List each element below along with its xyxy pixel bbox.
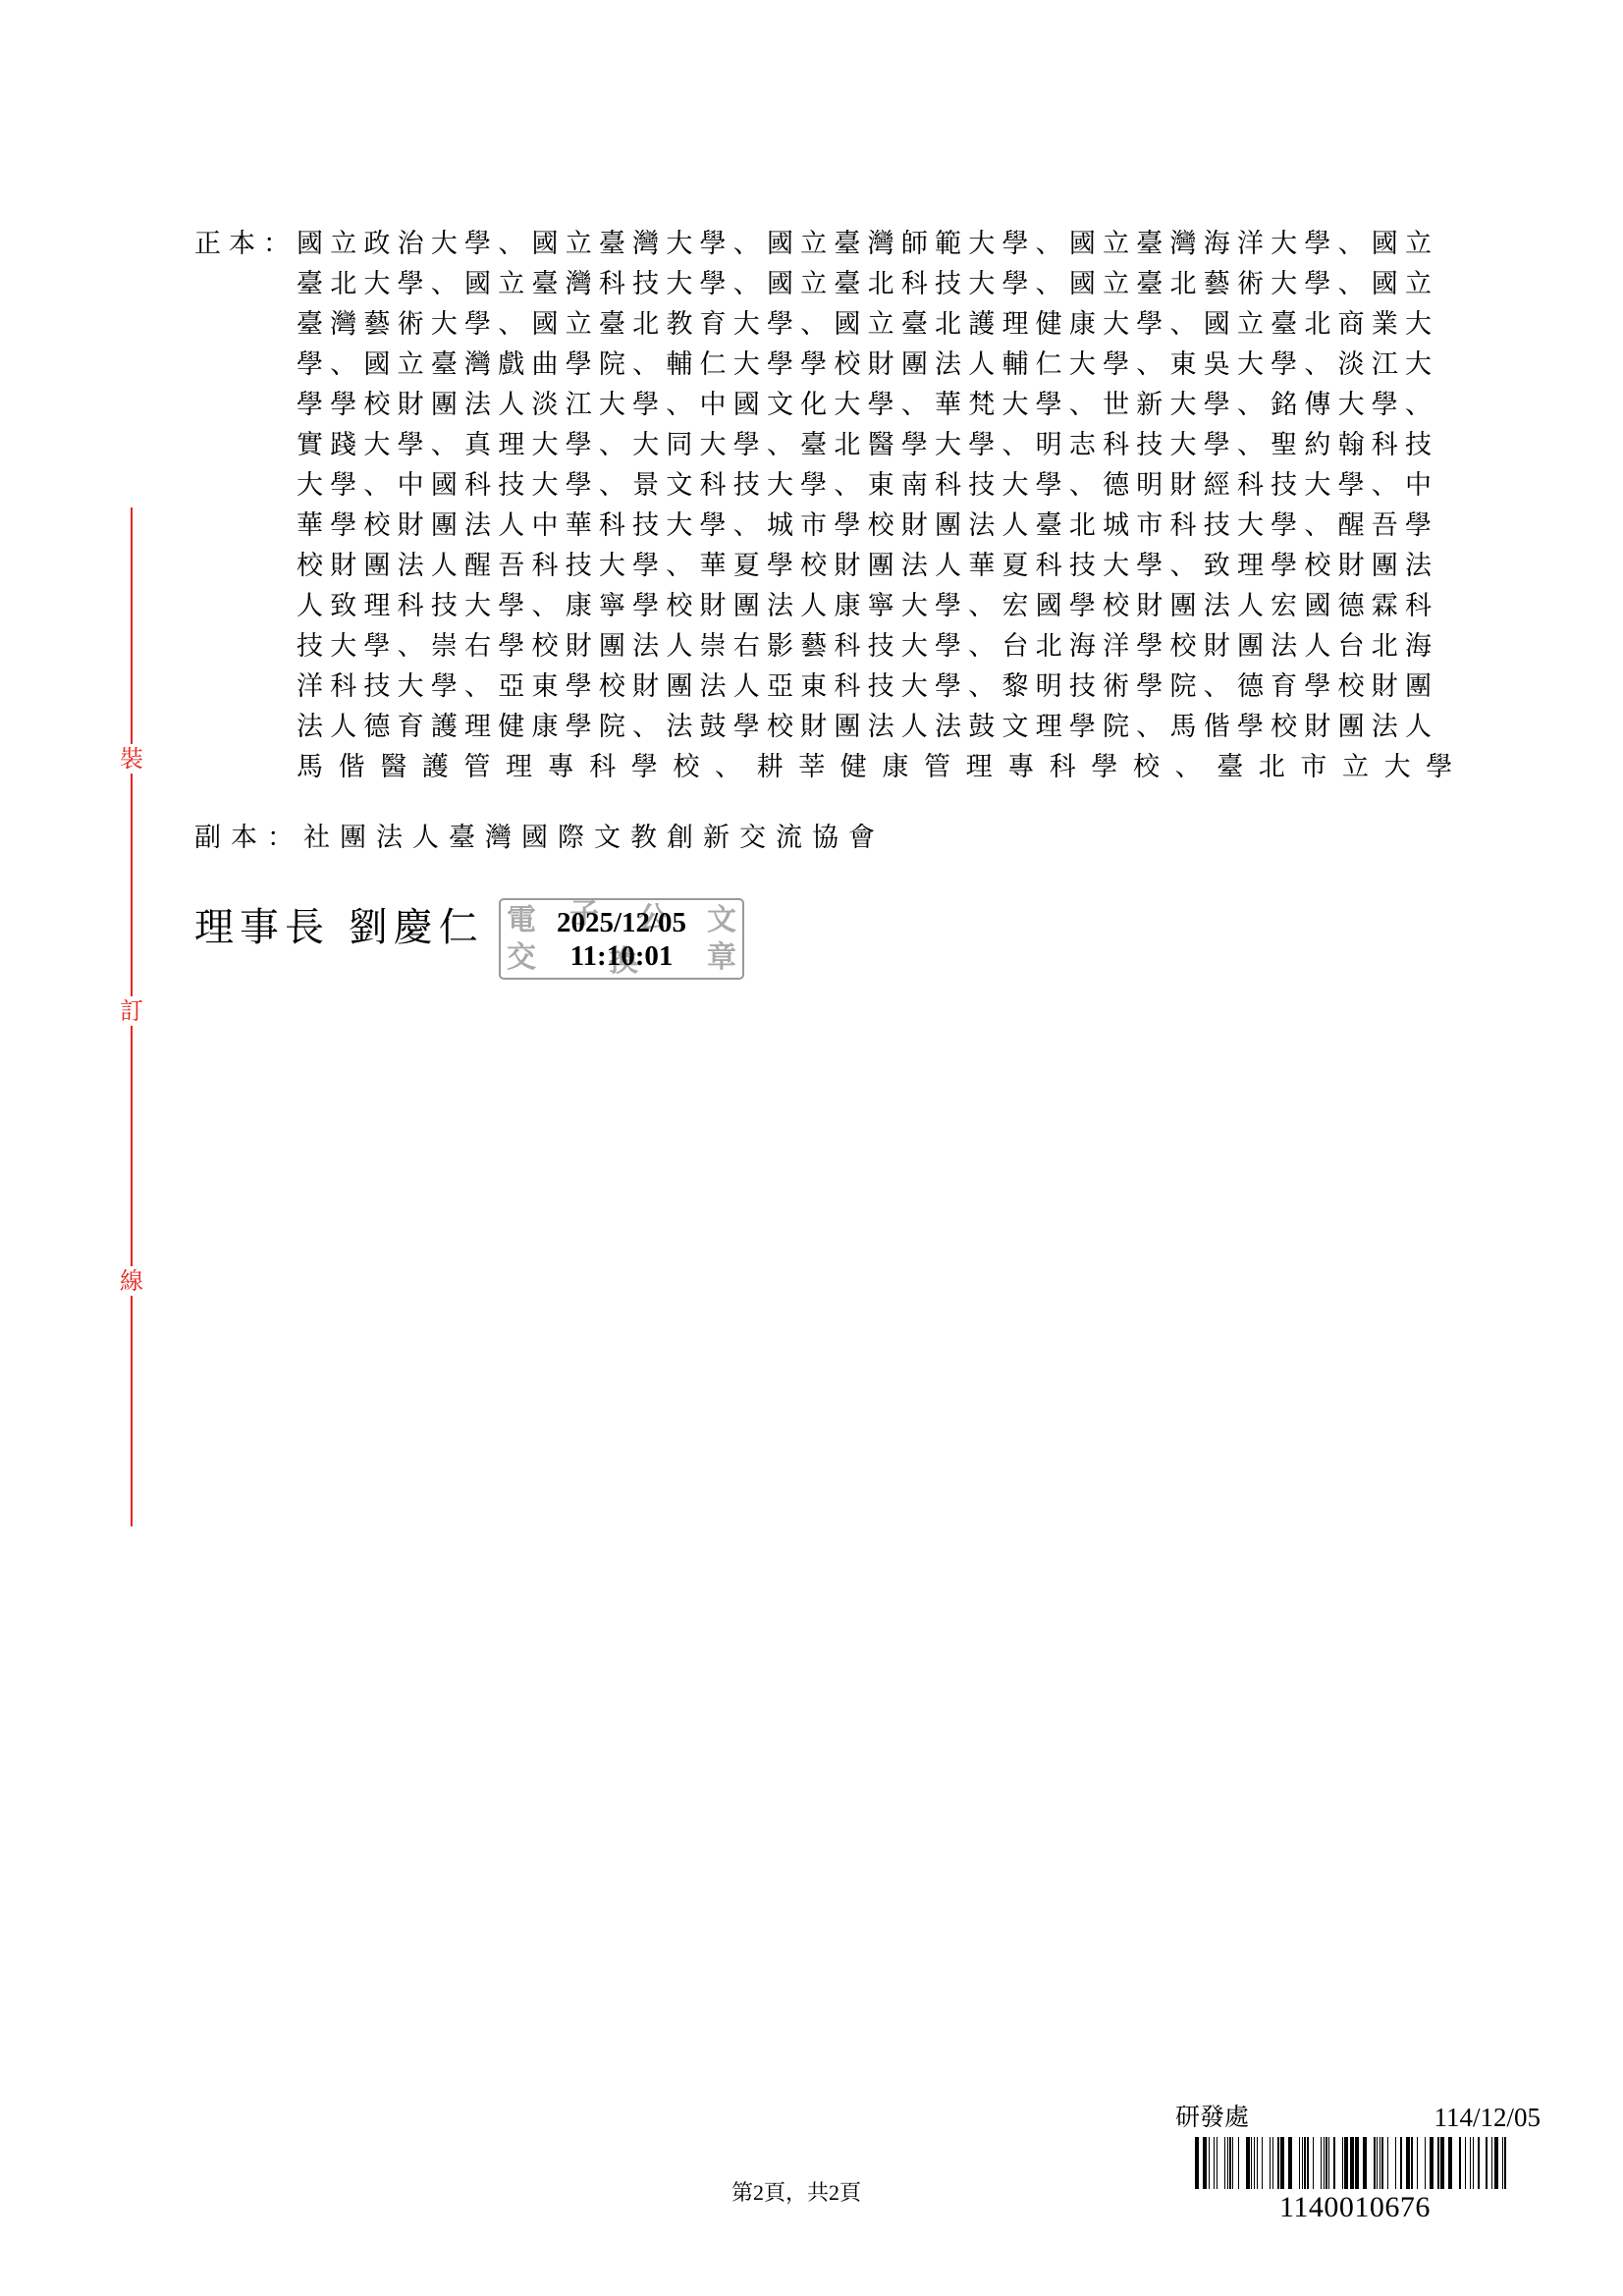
recipients-line: 國立政治大學、國立臺灣大學、國立臺灣師範大學、國立臺灣海洋大學、國立 bbox=[297, 224, 1432, 264]
recipients-line: 臺灣藝術大學、國立臺北教育大學、國立臺北護理健康大學、國立臺北商業大 bbox=[297, 304, 1432, 345]
document-barcode: 研發處 114/12/05 1140010676 bbox=[1173, 2101, 1546, 2228]
cc-label: 副本： bbox=[194, 823, 303, 853]
page-number: 第2頁，共2頁 bbox=[731, 2179, 861, 2207]
binding-char-xian: 線 bbox=[119, 1266, 144, 1296]
recipients-line: 華學校財團法人中華科技大學、城市學校財團法人臺北城市科技大學、醒吾學 bbox=[297, 506, 1432, 546]
recipients-line: 校財團法人醒吾科技大學、華夏學校財團法人華夏科技大學、致理學校財團法 bbox=[297, 546, 1432, 586]
signature: 理事長 劉慶仁 bbox=[194, 903, 484, 952]
recipients-line: 學、國立臺灣戲曲學院、輔仁大學學校財團法人輔仁大學、東吳大學、淡江大 bbox=[297, 345, 1432, 385]
recipients-line: 人致理科技大學、康寧學校財團法人康寧大學、宏國學校財團法人宏國德霖科 bbox=[297, 586, 1432, 626]
document-page: 裝 訂 線 正本： 國立政治大學、國立臺灣大學、國立臺灣師範大學、國立臺灣海洋大… bbox=[0, 0, 1623, 2296]
barcode-department: 研發處 bbox=[1175, 2103, 1249, 2132]
recipients-line: 法人德育護理健康學院、法鼓學校財團法人法鼓文理學院、馬偕學校財團法人 bbox=[297, 707, 1432, 747]
cc-recipient: 社團法人臺灣國際文教創新交流協會 bbox=[303, 823, 885, 853]
binding-char-ding: 訂 bbox=[119, 996, 144, 1026]
cc-line: 副本：社團法人臺灣國際文教創新交流協會 bbox=[194, 818, 885, 858]
barcode-date: 114/12/05 bbox=[1434, 2103, 1541, 2132]
recipients-line: 學學校財團法人淡江大學、中國文化大學、華梵大學、世新大學、銘傳大學、 bbox=[297, 385, 1432, 425]
electronic-stamp: 電 子 公 文 交 換 章 2025/12/05 11:10:01 bbox=[499, 898, 744, 980]
recipients-line: 洋科技大學、亞東學校財團法人亞東科技大學、黎明技術學院、德育學校財團 bbox=[297, 667, 1432, 707]
recipients-label: 正本： bbox=[194, 224, 298, 264]
barcode-bars bbox=[1195, 2137, 1513, 2189]
stamp-time: 11:10:01 bbox=[501, 939, 742, 973]
recipients-list: 國立政治大學、國立臺灣大學、國立臺灣師範大學、國立臺灣海洋大學、國立 臺北大學、… bbox=[297, 224, 1432, 787]
recipients-line: 馬偕醫護管理專科學校、耕莘健康管理專科學校、臺北市立大學 bbox=[297, 747, 1432, 787]
recipients-line: 實踐大學、真理大學、大同大學、臺北醫學大學、明志科技大學、聖約翰科技 bbox=[297, 425, 1432, 465]
recipients-line: 技大學、崇右學校財團法人崇右影藝科技大學、台北海洋學校財團法人台北海 bbox=[297, 626, 1432, 667]
barcode-bar bbox=[1510, 2137, 1513, 2189]
recipients-line: 臺北大學、國立臺灣科技大學、國立臺北科技大學、國立臺北藝術大學、國立 bbox=[297, 264, 1432, 304]
recipients-line: 大學、中國科技大學、景文科技大學、東南科技大學、德明財經科技大學、中 bbox=[297, 465, 1432, 506]
binding-char-zhuang: 裝 bbox=[119, 744, 144, 774]
barcode-number: 1140010676 bbox=[1279, 2191, 1431, 2224]
stamp-date: 2025/12/05 bbox=[501, 906, 742, 939]
